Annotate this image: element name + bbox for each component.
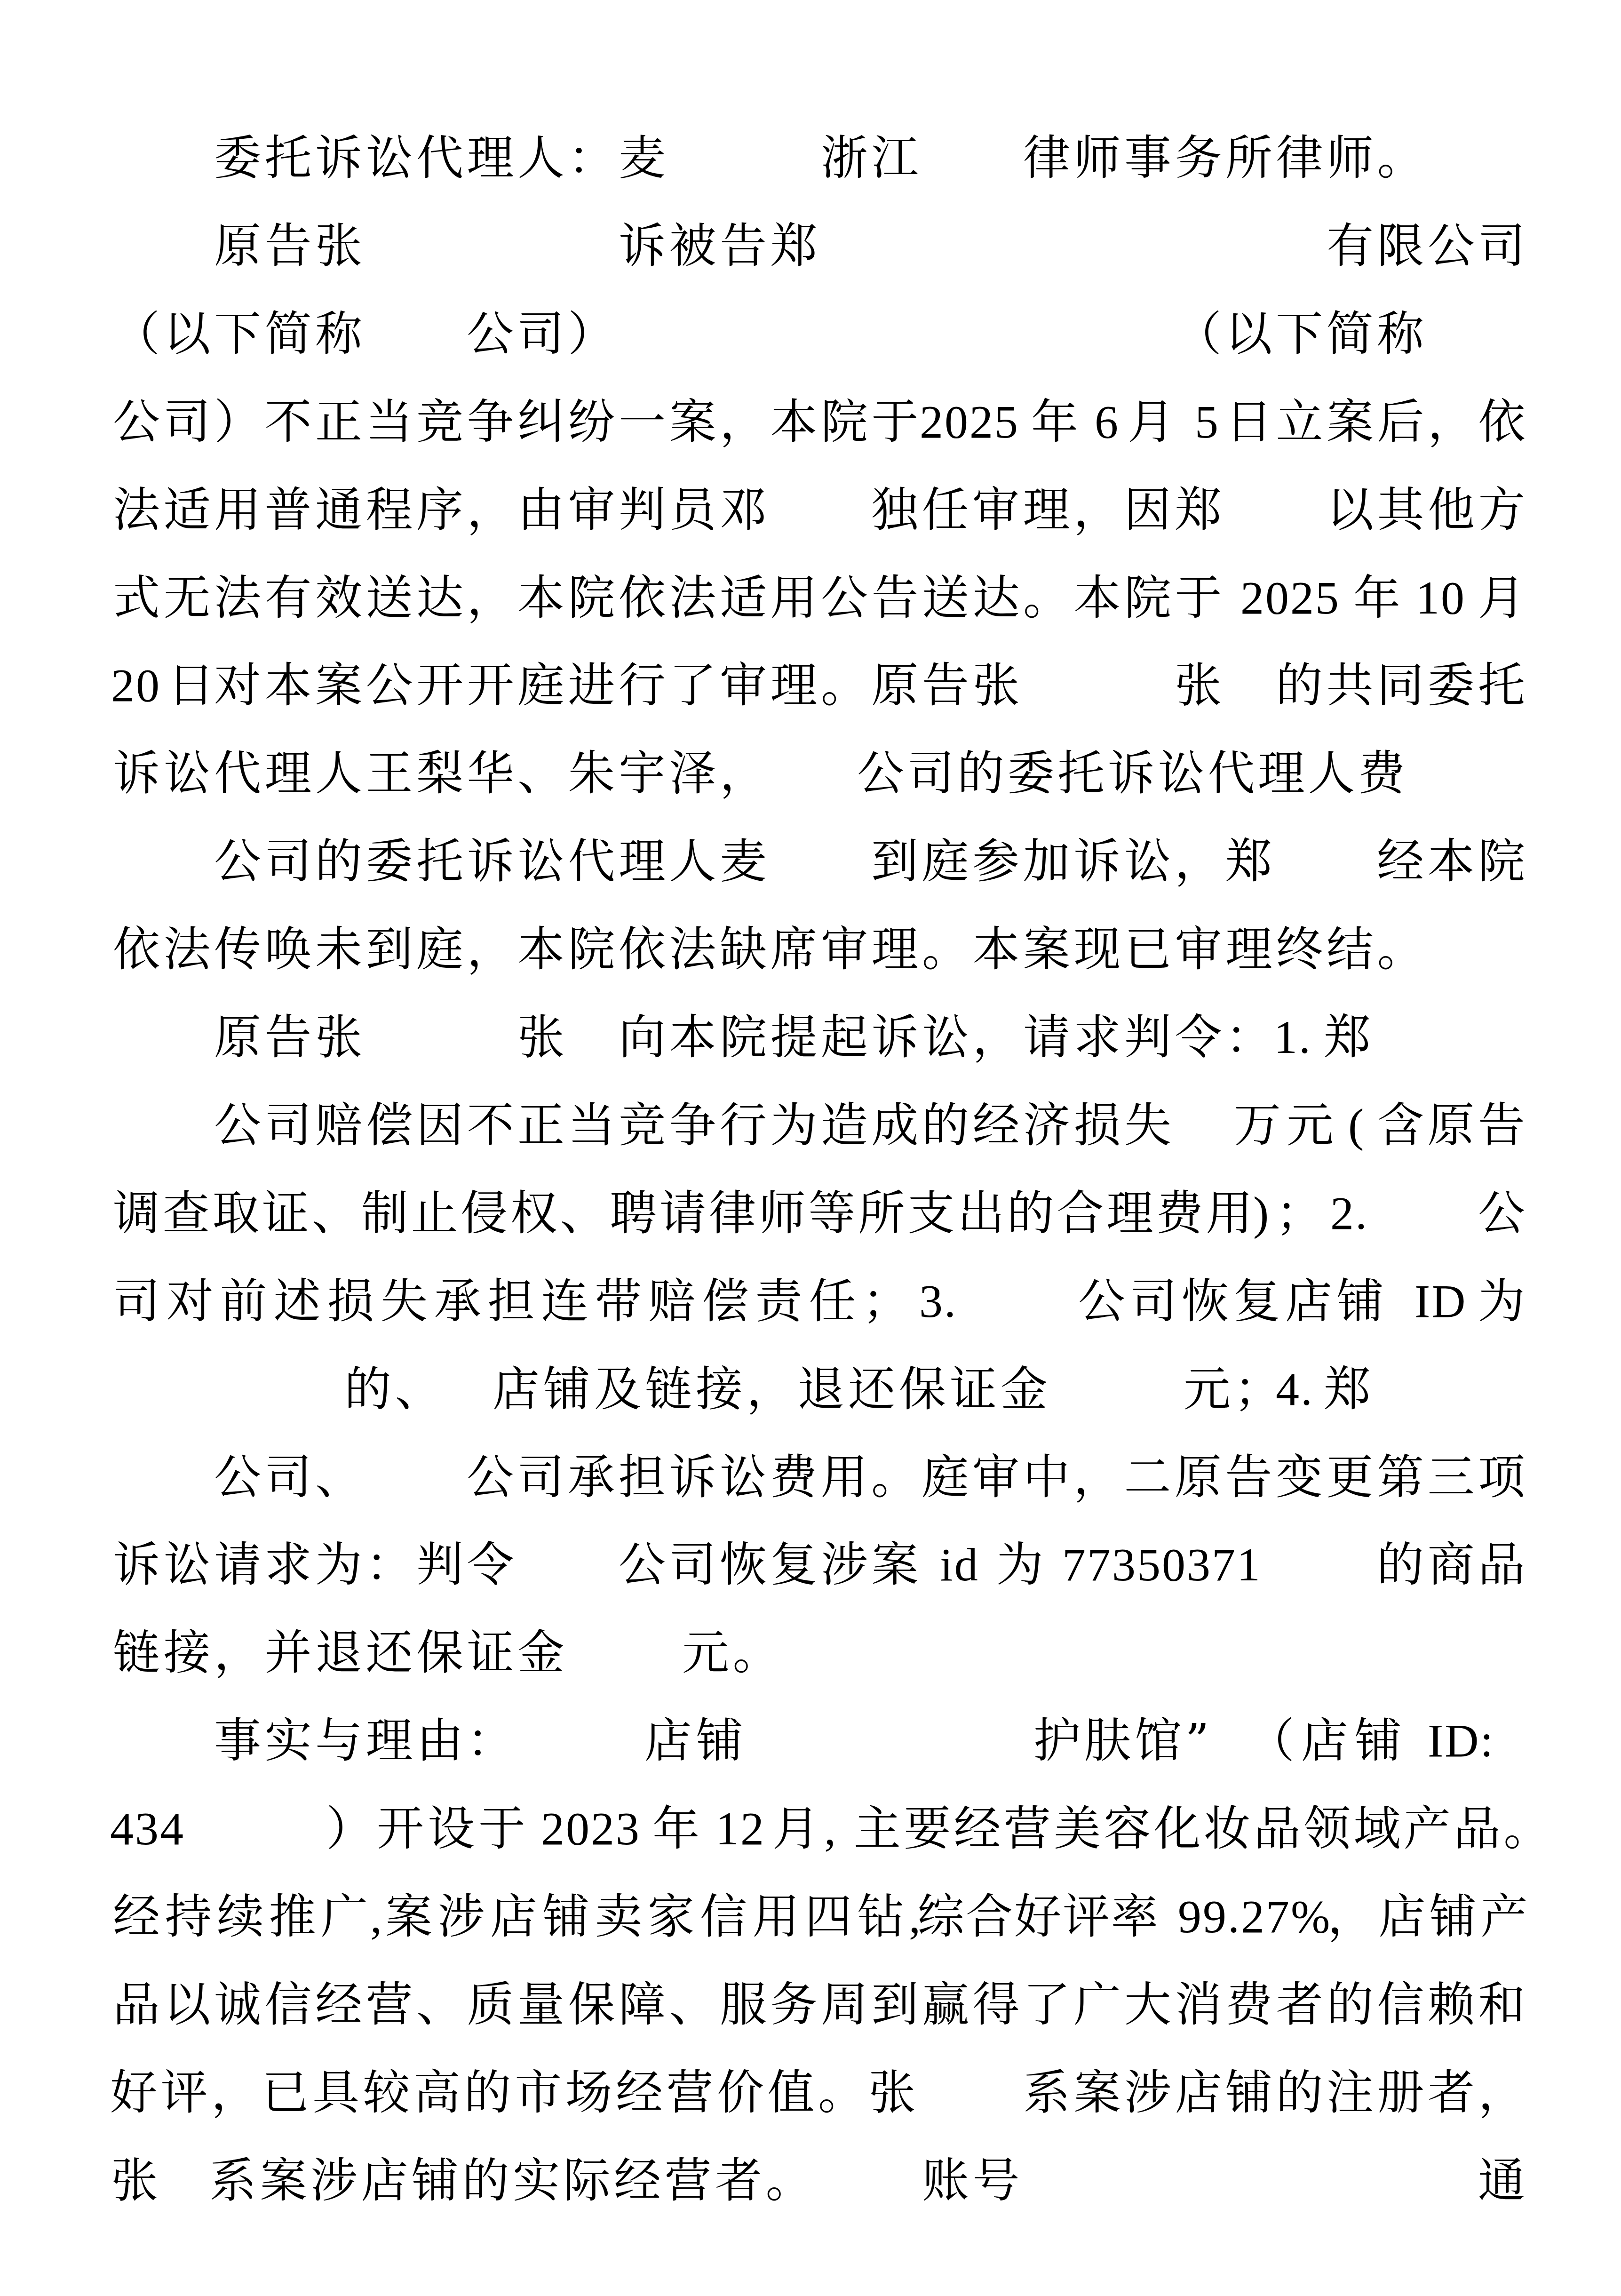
text-line-8: 诉讼代理人王梨华、朱宇泽， 公司的委托诉讼代理人费 <box>0 745 1621 802</box>
claim-number: 1. <box>1274 1009 1312 1066</box>
text-segment: 元； <box>1184 1361 1285 1418</box>
text-segment: 公司） <box>467 306 619 362</box>
text-segment: , <box>824 1801 837 1857</box>
date-month: 12 <box>715 1801 765 1857</box>
text-segment: ； <box>1276 1185 1327 1242</box>
claim-number: 3. <box>919 1273 957 1330</box>
text-line-22: 品以诚信经营、质量保障、服务周到赢得了广大消费者的信赖和 <box>0 1977 1621 2033</box>
text-segment: （以下简称 <box>113 306 366 362</box>
text-segment: ) <box>1253 1185 1270 1242</box>
text-line-21: 经持续推广 , 案涉店铺卖家信用四钻 , 综合好评率 99.27% ，店铺产 <box>0 1889 1621 1945</box>
text-segment: 好评，已具较高的市场经营价值。张 <box>110 2065 919 2121</box>
text-segment: 年 <box>1353 570 1404 626</box>
text-segment: 式无法有效送达，本院依法适用公告送达。本院于 <box>113 570 1225 626</box>
text-line-11: 原告张 张 向本院提起诉讼，请求判令： 1. 郑 <box>0 1009 1621 1066</box>
text-segment: 法适用普通程序，由审判员邓 <box>113 482 771 538</box>
text-segment: 事实与理由： <box>214 1713 517 1769</box>
text-line-3: （以下简称 公司） （以下简称 <box>0 306 1621 362</box>
text-segment: 万元 <box>1234 1097 1339 1154</box>
text-segment: 张 <box>1175 657 1225 714</box>
text-line-6: 式无法有效送达，本院依法适用公告送达。本院于 2025 年 10 月 <box>0 570 1621 626</box>
text-line-9: 公司的委托诉讼代理人麦 到庭参加诉讼，郑 经本院 <box>0 833 1621 890</box>
date-month: 10 <box>1416 570 1466 626</box>
text-segment: ，店铺产 <box>1327 1889 1532 1945</box>
text-segment: 诉讼请求为：判令 <box>113 1537 517 1593</box>
date-month: 6 <box>1095 394 1120 450</box>
text-segment: 店铺 <box>644 1713 748 1769</box>
text-segment: 的、 <box>344 1361 445 1418</box>
text-segment: 司对前述损失承担连带赔偿责任； <box>113 1273 916 1330</box>
text-segment: 的共同委托 <box>1276 657 1529 714</box>
text-line-17: 诉讼请求为：判令 公司恢复涉案 id 为 77350371 的商品 <box>0 1537 1621 1593</box>
text-segment: 链接，并退还保证金 <box>113 1625 568 1681</box>
text-segment: 综合好评率 <box>917 1889 1160 1945</box>
text-line-1: 委托诉讼代理人：麦 浙江 律师事务所律师。 <box>0 130 1621 186</box>
claim-number: 2. <box>1330 1185 1368 1242</box>
text-segment: 郑 <box>1324 1009 1375 1066</box>
text-segment: 公司赔偿因不正当竞争行为造成的经济损失 <box>214 1097 1175 1154</box>
date-year: 2025 <box>920 394 1019 450</box>
text-segment: 公司的委托诉讼代理人费 <box>857 745 1408 802</box>
text-line-7: 20 日 对本案公开开庭进行了审理。原告张 张 的共同委托 <box>0 657 1621 714</box>
text-line-12: 公司赔偿因不正当竞争行为造成的经济损失 万元 ( 含原告 <box>0 1097 1621 1154</box>
text-segment: 的商品 <box>1377 1537 1529 1593</box>
text-segment: 月 <box>772 1801 823 1857</box>
text-segment: 依法传唤未到庭，本院依法缺席审理。本案现已审理终结。 <box>113 921 1428 978</box>
text-line-13: 调查取证、制止侵权、聘请律师等所支出的合理费用 ) ； 2. 公 <box>0 1185 1621 1242</box>
text-segment: （以下简称 <box>1175 306 1428 362</box>
text-segment: 向本院提起诉讼，请求判令： <box>619 1009 1276 1066</box>
rating-percent: 99.27% <box>1178 1889 1331 1945</box>
text-segment: 账号 <box>922 2152 1023 2209</box>
text-segment: 经持续推广 <box>113 1889 373 1945</box>
date-day: 20 <box>111 657 161 714</box>
text-segment: 护肤馆” <box>1033 1713 1213 1769</box>
text-segment: 委托诉讼代理人：麦 <box>214 130 669 186</box>
text-segment: 以其他方 <box>1327 482 1529 538</box>
text-segment: 为 <box>996 1537 1047 1593</box>
text-line-23: 好评，已具较高的市场经营价值。张 系案涉店铺的注册者， <box>0 2065 1621 2121</box>
text-segment: id <box>940 1537 979 1593</box>
text-segment: 原告张 <box>214 218 366 274</box>
text-line-15: 的、 店铺及链接，退还保证金 元； 4. 郑 <box>0 1361 1621 1418</box>
text-segment: , <box>370 1889 383 1945</box>
text-segment: 月 <box>1478 570 1529 626</box>
text-segment: 诉讼代理人王梨华、朱宇泽， <box>113 745 771 802</box>
claim-number: 4. <box>1276 1361 1314 1418</box>
text-segment: 到庭参加诉讼，郑 <box>871 833 1276 890</box>
text-segment: 店铺及链接，退还保证金 <box>493 1361 1051 1418</box>
text-segment: 含原告 <box>1377 1097 1529 1154</box>
date-year: 2025 <box>1240 570 1340 626</box>
text-line-14: 司对前述损失承担连带赔偿责任； 3. 公司恢复店铺 ID 为 <box>0 1273 1621 1330</box>
text-segment: 诉被告郑 <box>619 218 821 274</box>
text-segment: 经本院 <box>1377 833 1529 890</box>
date-year: 2023 <box>541 1801 641 1857</box>
shop-id-prefix: 434 <box>110 1801 185 1857</box>
text-segment: 为 <box>1478 1273 1529 1330</box>
text-line-16: 公司、 公司承担诉讼费用。庭审中，二原告变更第三项 <box>0 1449 1621 1506</box>
text-line-5: 法适用普通程序，由审判员邓 独任审理，因郑 以其他方 <box>0 482 1621 538</box>
text-segment: 调查取证、制止侵权、聘请律师等所支出的合理费用 <box>113 1185 1255 1242</box>
text-segment: ID: <box>1428 1713 1494 1769</box>
text-segment: ID <box>1414 1273 1467 1330</box>
text-segment: 月 <box>1128 394 1178 450</box>
text-segment: （店铺 <box>1248 1713 1408 1769</box>
text-segment: 日立案后，依 <box>1225 394 1529 450</box>
text-segment: 独任审理，因郑 <box>871 482 1225 538</box>
text-segment: 公司的委托诉讼代理人麦 <box>214 833 771 890</box>
text-line-19: 事实与理由： 店铺 护肤馆” （店铺 ID: <box>0 1713 1621 1769</box>
text-segment: 系案涉店铺的注册者， <box>1023 2065 1529 2121</box>
text-segment: 公司恢复涉案 <box>619 1537 922 1593</box>
document-page: 委托诉讼代理人：麦 浙江 律师事务所律师。 原告张 诉被告郑 有限公司 （以下简… <box>0 0 1621 2296</box>
text-segment: ( <box>1348 1097 1365 1154</box>
text-segment: 品以诚信经营、质量保障、服务周到赢得了广大消费者的信赖和 <box>113 1977 1529 2033</box>
text-segment: 案涉店铺卖家信用四钻 <box>385 1889 910 1945</box>
text-line-18: 链接，并退还保证金 元。 <box>0 1625 1621 1681</box>
text-segment: 公司恢复店铺 <box>1078 1273 1389 1330</box>
text-segment: 郑 <box>1324 1361 1375 1418</box>
text-segment: 张 <box>517 1009 568 1066</box>
text-segment: 日 <box>167 657 218 714</box>
text-line-20: 434 ）开设于 2023 年 12 月 , 主要经营美容化妆品领域产品。 <box>0 1801 1621 1857</box>
text-line-2: 原告张 诉被告郑 有限公司 <box>0 218 1621 274</box>
text-line-4: 公司）不正当竞争纠纷一案，本院于 2025 年 6 月 5 日立案后，依 <box>0 394 1621 450</box>
text-segment: 公司、 <box>214 1449 366 1506</box>
text-segment: ）开设于 <box>326 1801 529 1857</box>
text-segment: 系案涉店铺的实际经营者。 <box>209 2152 816 2209</box>
text-segment: 有限公司 <box>1327 218 1529 274</box>
text-segment: 年 <box>1031 394 1082 450</box>
text-segment: 元。 <box>682 1625 783 1681</box>
text-segment: 公司）不正当竞争纠纷一案，本院于 <box>113 394 922 450</box>
text-segment: 公司承担诉讼费用。庭审中，二原告变更第三项 <box>467 1449 1529 1506</box>
text-segment: 原告张 <box>214 1009 366 1066</box>
text-segment: 浙江 <box>821 130 922 186</box>
text-line-24: 张 系案涉店铺的实际经营者。 账号 通 <box>0 2152 1621 2209</box>
product-id: 77350371 <box>1062 1537 1262 1593</box>
text-segment: 通 <box>1478 2152 1529 2209</box>
text-line-10: 依法传唤未到庭，本院依法缺席审理。本案现已审理终结。 <box>0 921 1621 978</box>
text-segment: 公 <box>1478 1185 1529 1242</box>
text-segment: 对本案公开开庭进行了审理。原告张 <box>214 657 1023 714</box>
date-day: 5 <box>1195 394 1220 450</box>
text-segment: 律师事务所律师。 <box>1023 130 1428 186</box>
text-segment: 年 <box>652 1801 703 1857</box>
text-segment: 张 <box>111 2152 162 2209</box>
text-segment: 主要经营美容化妆品领域产品。 <box>854 1801 1554 1857</box>
